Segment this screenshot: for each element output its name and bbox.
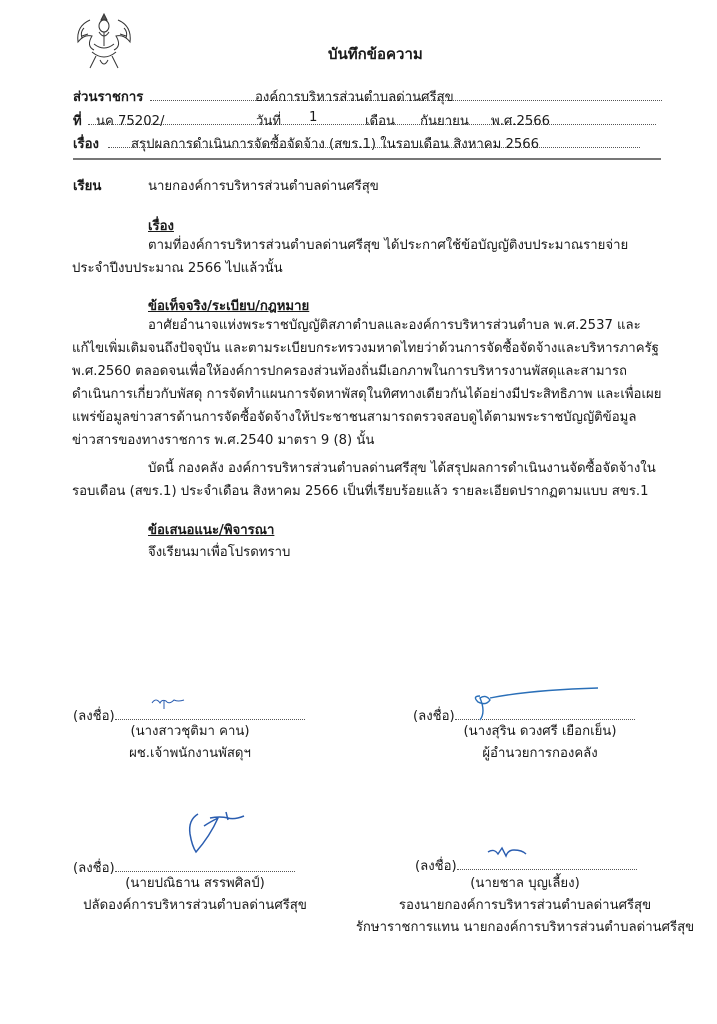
handwritten-signature-3 [180,810,250,860]
handwritten-signature-1 [150,695,190,715]
garuda-emblem-icon [70,8,138,76]
sign-label: (ลงชื่อ) [73,709,115,724]
agency-value: องค์การบริหารส่วนตำบลด่านศรีสุข [255,86,454,107]
signature-block-1: (นางสาวชุติมา คาน) ผช.เจ้าพนักงานพัสดุฯ [115,721,265,765]
year-value: พ.ศ.2566 [491,110,550,131]
to-value: นายกองค์การบริหารส่วนตำบลด่านศรีสุข [148,175,379,196]
handwritten-signature-2 [470,686,610,721]
ref-value: นค 75202/ [96,110,164,131]
header-divider [73,158,661,160]
day-value: 1 [309,110,317,125]
signer-name: (นายปณิธาน สรรพศิลป์) [75,873,315,895]
day-label: วันที่ [256,110,281,131]
document-title: บันทึกข้อความ [328,42,423,66]
signer-name: (นางสุริน ดวงศรี เยือกเย็น) [440,721,640,743]
section-heading-subject: เรื่อง [148,215,174,236]
section-text-recommendation: จึงเรียนมาเพื่อโปรดทราบ [148,541,290,562]
signature-block-4: (นายชาล บุญเลี้ยง) รองนายกองค์การบริหารส… [350,873,700,939]
month-label: เดือน [365,110,395,131]
handwritten-signature-4 [486,846,536,860]
ref-label: ที่ [73,110,82,131]
subject-value: สรุปผลการดำเนินการจัดซื้อจัดจ้าง (สขร.1)… [131,133,539,154]
signer-position: ปลัดองค์การบริหารส่วนตำบลด่านศรีสุข [75,895,315,917]
section-text-facts: อาศัยอำนาจแห่งพระราชบัญญัติสภาตำบลและองค… [72,314,664,452]
section-heading-facts: ข้อเท็จจริง/ระเบียบ/กฎหมาย [148,295,309,316]
signature-block-3: (นายปณิธาน สรรพศิลป์) ปลัดองค์การบริหารส… [75,873,315,917]
agency-label: ส่วนราชการ [73,86,143,107]
signature-block-2: (นางสุริน ดวงศรี เยือกเย็น) ผู้อำนวยการก… [440,721,640,765]
signer-position: รองนายกองค์การบริหารส่วนตำบลด่านศรีสุข [350,895,700,917]
signer-position: ผช.เจ้าพนักงานพัสดุฯ [115,743,265,765]
signer-name: (นายชาล บุญเลี้ยง) [350,873,700,895]
section-text-subject: ตามที่องค์การบริหารส่วนตำบลด่านศรีสุข ได… [72,234,664,280]
section-heading-recommendation: ข้อเสนอแนะ/พิจารณา [148,519,274,540]
signer-name: (นางสาวชุติมา คาน) [115,721,265,743]
signer-position: ผู้อำนวยการกองคลัง [440,743,640,765]
subject-label: เรื่อง [73,133,99,154]
section-text-facts-2: บัดนี้ กองคลัง องค์การบริหารส่วนตำบลด่าน… [72,457,664,503]
signer-position-acting: รักษาราชการแทน นายกองค์การบริหารส่วนตำบล… [350,917,700,939]
to-label: เรียน [73,175,101,196]
sign-label: (ลงชื่อ) [415,859,457,874]
month-value: กันยายน [420,110,469,131]
